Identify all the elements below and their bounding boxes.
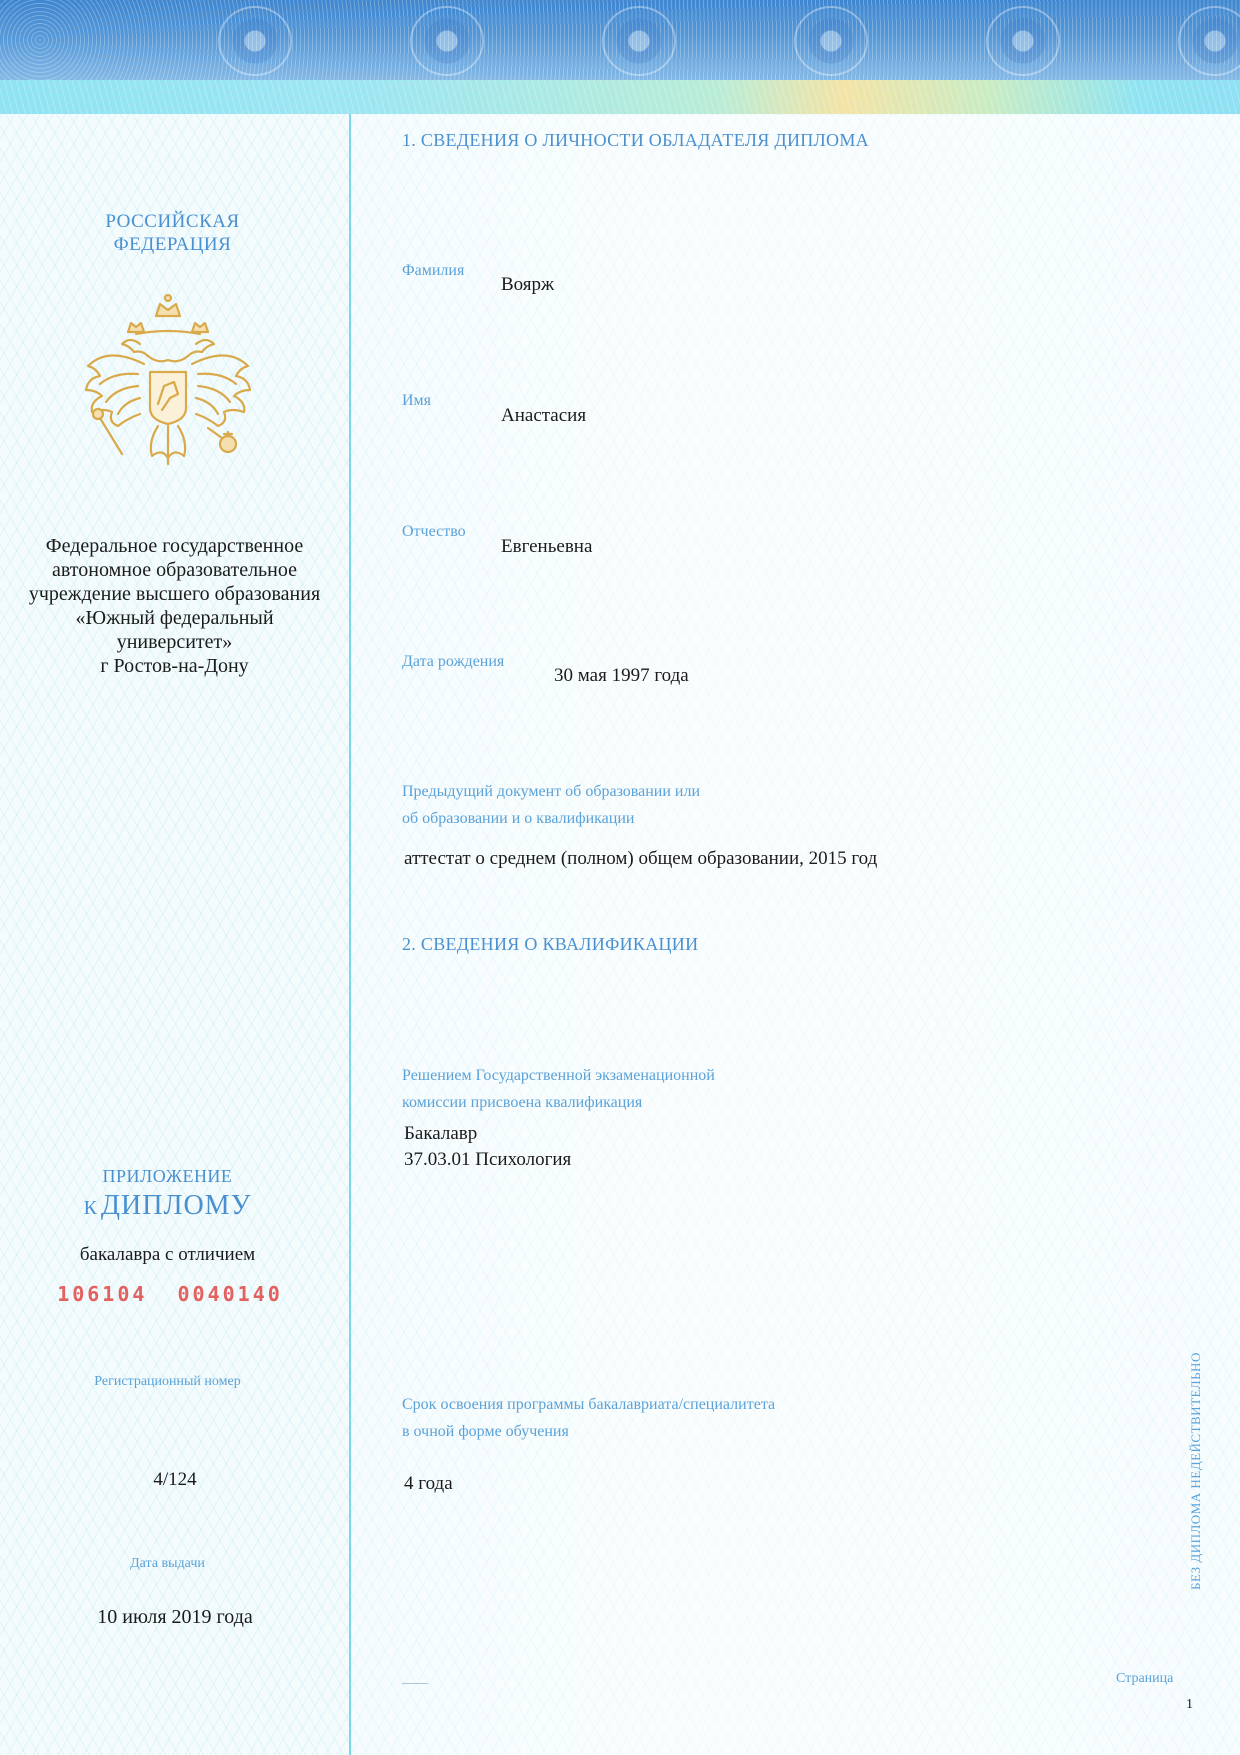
patronymic-label: Отчество: [402, 518, 466, 545]
prev-doc-value: аттестат о среднем (полном) общем образо…: [404, 846, 877, 871]
country-line-2: ФЕДЕРАЦИЯ: [0, 233, 345, 256]
guilloche-top-band: [0, 0, 1240, 80]
prev-doc-label: Предыдущий документ об образовании или о…: [402, 778, 700, 832]
supplement-diploma: ДИПЛОМУ: [101, 1190, 251, 1221]
country-line-1: РОССИЙСКАЯ: [0, 210, 345, 233]
validity-note: БЕЗ ДИПЛОМА НЕДЕЙСТВИТЕЛЬНО: [1188, 1352, 1204, 1590]
institution-line: автономное образовательное: [0, 558, 349, 582]
rosette-ornament-icon: [218, 6, 292, 76]
institution-line: университет»: [0, 630, 349, 654]
supplement-title: ПРИЛОЖЕНИЕ: [0, 1166, 335, 1187]
country-title: РОССИЙСКАЯ ФЕДЕРАЦИЯ: [0, 210, 345, 256]
rosette-ornament-icon: [410, 6, 484, 76]
page-number: 1: [1186, 1697, 1193, 1713]
institution-name: Федеральное государственное автономное о…: [0, 534, 349, 678]
serial-number: 106104 0040140: [0, 1282, 340, 1306]
section-2-title: 2. СВЕДЕНИЯ О КВАЛИФИКАЦИИ: [402, 934, 698, 955]
decision-label: Решением Государственной экзаменационной…: [402, 1062, 715, 1116]
column-divider: [349, 114, 351, 1755]
patronymic-value: Евгеньевна: [501, 534, 592, 559]
prev-doc-label-line: об образовании и о квалификации: [402, 805, 700, 832]
left-panel: РОССИЙСКАЯ ФЕДЕРАЦИЯ: [0, 114, 349, 1755]
decorative-dash: [402, 1683, 428, 1684]
institution-line: г Ростов-на-Дону: [0, 654, 349, 678]
registration-label: Регистрационный номер: [0, 1374, 335, 1390]
surname-value: Воярж: [501, 272, 554, 297]
specialty-value: 37.03.01 Психология: [404, 1147, 571, 1172]
institution-line: учреждение высшего образования: [0, 582, 349, 606]
supplement-k: К: [84, 1197, 97, 1219]
surname-label: Фамилия: [402, 257, 464, 284]
russian-coat-of-arms-icon: [78, 286, 258, 476]
qualification-value: Бакалавр: [404, 1121, 477, 1146]
section-1-title: 1. СВЕДЕНИЯ О ЛИЧНОСТИ ОБЛАДАТЕЛЯ ДИПЛОМ…: [402, 130, 869, 151]
rosette-ornament-icon: [794, 6, 868, 76]
duration-label-line: в очной форме обучения: [402, 1418, 775, 1445]
registration-number: 4/124: [0, 1469, 350, 1491]
rosette-ornament-icon: [986, 6, 1060, 76]
institution-line: «Южный федеральный: [0, 606, 349, 630]
institution-line: Федеральное государственное: [0, 534, 349, 558]
decision-label-line: Решением Государственной экзаменационной: [402, 1062, 715, 1089]
prev-doc-label-line: Предыдущий документ об образовании или: [402, 778, 700, 805]
name-value: Анастасия: [501, 403, 586, 428]
rainbow-security-band: [0, 80, 1240, 114]
issue-date-label: Дата выдачи: [0, 1556, 335, 1572]
page-label: Страница: [1116, 1671, 1173, 1687]
birthdate-value: 30 мая 1997 года: [554, 663, 689, 688]
name-label: Имя: [402, 387, 431, 414]
degree-type: бакалавра с отличием: [0, 1244, 335, 1266]
rosette-ornament-icon: [1178, 6, 1240, 76]
duration-label-line: Срок освоения программы бакалавриата/спе…: [402, 1391, 775, 1418]
rosette-ornament-icon: [602, 6, 676, 76]
duration-value: 4 года: [404, 1471, 453, 1496]
issue-date: 10 июля 2019 года: [0, 1606, 350, 1629]
duration-label: Срок освоения программы бакалавриата/спе…: [402, 1391, 775, 1445]
supplement-subtitle: К ДИПЛОМУ: [0, 1190, 335, 1222]
birthdate-label: Дата рождения: [402, 648, 504, 675]
decision-label-line: комиссии присвоена квалификация: [402, 1089, 715, 1116]
